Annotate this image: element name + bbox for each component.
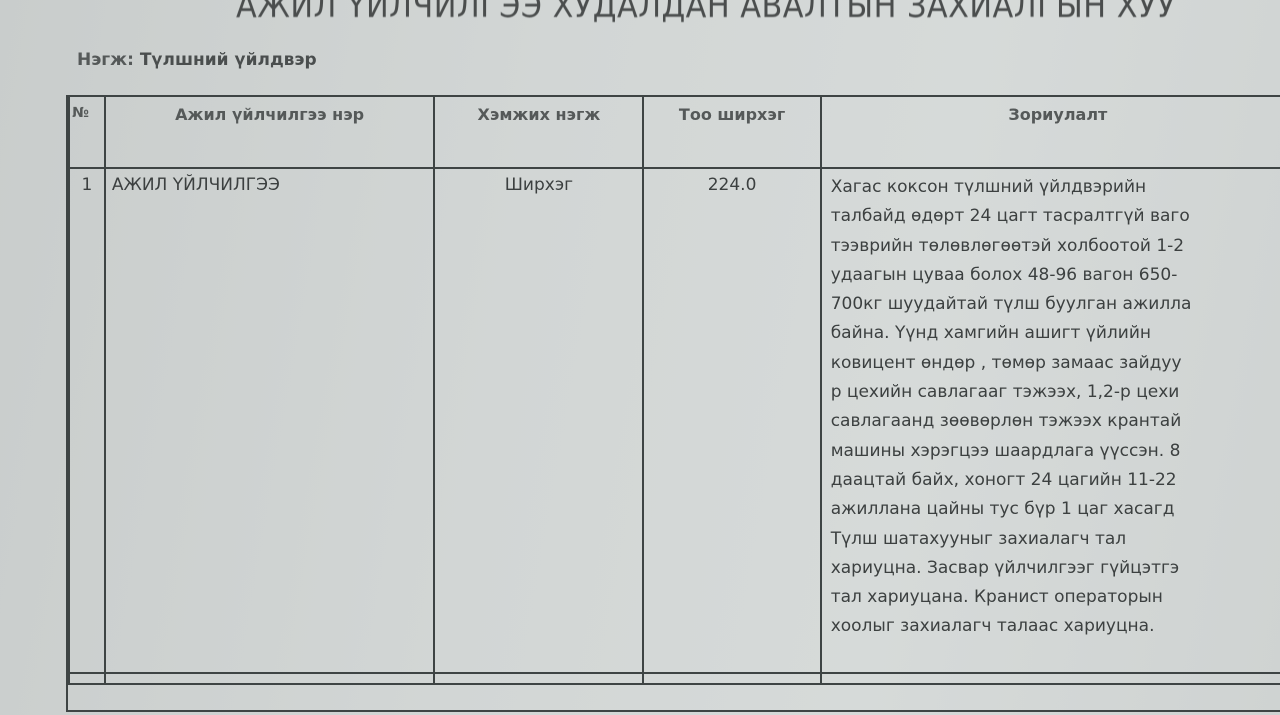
purpose-line: ажиллана цайны тус бүр 1 цаг хасагд xyxy=(831,495,1280,524)
purpose-line: Хагас коксон түлшний үйлдвэрийн xyxy=(831,173,1280,202)
purpose-line: ковицент өндөр , төмөр замаас зайдуу xyxy=(831,349,1280,378)
purpose-line: хариуцна. Засвар үйлчилгээг гүйцэтгэ xyxy=(831,554,1280,583)
purpose-line: хоолыг захиалагч талаас хариуцна. xyxy=(831,612,1280,641)
empty-footer-row xyxy=(66,672,1280,712)
purpose-line: 700кг шуудайтай түлш буулган ажилла xyxy=(831,290,1280,319)
order-table: № Ажил үйлчилгээ нэр Хэмжих нэгж Тоо шир… xyxy=(68,95,1280,685)
header-measure-unit: Хэмжих нэгж xyxy=(434,96,643,168)
cell-no: 1 xyxy=(69,168,105,684)
header-quantity: Тоо ширхэг xyxy=(643,96,820,168)
purpose-line: савлагаанд зөөвөрлөн тэжээх крантай xyxy=(831,407,1280,436)
cell-measure-unit: Ширхэг xyxy=(434,168,643,684)
cell-service-name: АЖИЛ ҮЙЛЧИЛГЭЭ xyxy=(105,168,435,684)
cell-purpose: Хагас коксон түлшний үйлдвэрийн талбайд … xyxy=(821,168,1280,684)
purpose-line: Түлш шатахууныг захиалагч тал xyxy=(831,525,1280,554)
purpose-line: талбайд өдөрт 24 цагт тасралтгүй ваго xyxy=(831,202,1280,231)
purpose-line: тээврийн төлөвлөгөөтэй холбоотой 1-2 xyxy=(831,232,1280,261)
purpose-line: даацтай байх, хоногт 24 цагийн 11-22 xyxy=(831,466,1280,495)
header-service-name: Ажил үйлчилгээ нэр xyxy=(105,96,435,168)
document-title: АЖИЛ ҮЙЛЧИЛГЭЭ ХУДАЛДАН АВАЛТЫН ЗАХИАЛГЫ… xyxy=(236,0,1176,25)
unit-line: Нэгж: Түлшний үйлдвэр xyxy=(77,50,317,70)
unit-label: Нэгж: xyxy=(77,50,134,70)
cell-quantity: 224.0 xyxy=(643,168,820,684)
header-no: № xyxy=(69,96,105,168)
purpose-line: удаагын цуваа болох 48-96 вагон 650- xyxy=(831,261,1280,290)
order-table-frame: № Ажил үйлчилгээ нэр Хэмжих нэгж Тоо шир… xyxy=(66,95,1280,712)
purpose-line: тал хариуцана. Кранист операторын xyxy=(831,583,1280,612)
unit-value: Түлшний үйлдвэр xyxy=(140,50,317,70)
purpose-line: машины хэрэгцээ шаардлага үүссэн. 8 xyxy=(831,437,1280,466)
purpose-line: байна. Үүнд хамгийн ашигт үйлийн xyxy=(831,319,1280,348)
purpose-line: р цехийн савлагааг тэжээх, 1,2-р цехи xyxy=(831,378,1280,407)
table-row: 1 АЖИЛ ҮЙЛЧИЛГЭЭ Ширхэг 224.0 Хагас кокс… xyxy=(69,168,1280,684)
header-purpose: Зориулалт xyxy=(821,96,1280,168)
table-header-row: № Ажил үйлчилгээ нэр Хэмжих нэгж Тоо шир… xyxy=(69,96,1280,168)
